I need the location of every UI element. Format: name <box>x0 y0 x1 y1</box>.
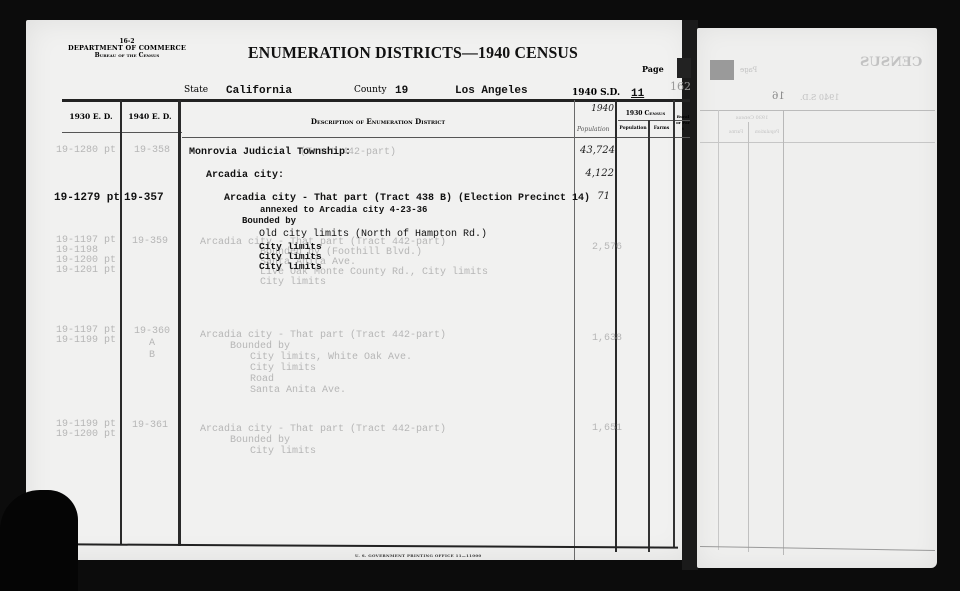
header-1930-population: Population <box>618 126 648 131</box>
right-page-tab <box>710 60 734 80</box>
row-township-population: 43,724 <box>580 145 614 156</box>
row-township-description: Monrovia Judicial Township: <box>189 147 351 158</box>
bleed-pop-1: 2,576 <box>592 242 622 253</box>
header-1940-pop-label: Population <box>577 126 615 133</box>
bleed-ed-top: 19-1280 pt <box>56 145 116 156</box>
right-page-sd-value: 16 <box>772 91 785 102</box>
bleed-desc-group-3: Arcadia city - That part (Tract 442-part… <box>200 424 446 457</box>
row-city-description: Arcadia city: <box>206 170 284 181</box>
row-ed-1930: 19-1279 pt <box>54 192 120 204</box>
right-page-census-1930: 1930 Census <box>722 115 782 121</box>
bureau-name: Bureau of the Census <box>62 52 192 59</box>
col-divider-5 <box>648 120 650 552</box>
form-title: ENUMERATION DISTRICTS—1940 CENSUS <box>248 43 578 63</box>
col-divider-6 <box>673 100 675 548</box>
bleed-desc-group-2: Arcadia city - That part (Tract 442-part… <box>200 330 446 396</box>
bleed-ed-top-1940: 19-358 <box>134 145 170 156</box>
bleed-1940-ed-1: 19-359 <box>132 236 168 247</box>
bounded-by-label: Bounded by <box>242 216 296 226</box>
header-1930-farms: Farms <box>650 126 673 131</box>
county-label: County <box>354 85 387 95</box>
right-page-title: CENSUS <box>860 55 922 70</box>
county-number: 19 <box>395 85 408 97</box>
state-value: California <box>226 85 292 97</box>
header-rule-right <box>182 137 690 138</box>
right-page-farms: Farms <box>722 130 750 135</box>
bleed-1940-ed-2: 19-360AB <box>132 326 172 362</box>
col-divider-3 <box>574 100 575 560</box>
county-name: Los Angeles <box>455 85 528 97</box>
header-rule-left <box>62 132 182 133</box>
bleed-ed-group-1: 19-1197 pt19-119819-1200 pt19-1201 pt <box>56 236 116 276</box>
header-description: Description of Enumeration District <box>182 117 574 126</box>
annexed-note: annexed to Arcadia city 4-23-36 <box>260 205 427 215</box>
department-name: DEPARTMENT OF COMMERCE <box>62 45 192 52</box>
right-col-line-2 <box>748 122 749 552</box>
col-divider-1 <box>120 100 122 545</box>
row-ed-description: Arcadia city - That part (Tract 438 B) (… <box>224 193 590 204</box>
bound-1: Old city limits (North of Hampton Rd.) <box>259 229 487 240</box>
bleed-desc-group-1: Arcadia city - That part (Tract 442-part… <box>200 238 488 288</box>
header-1940-pop-year: 1940 <box>578 104 614 114</box>
book-gutter <box>682 20 698 570</box>
row-city-population: 4,122 <box>580 168 614 179</box>
right-page-population: Population <box>752 130 782 135</box>
bleed-ed-group-3: 19-1199 pt19-1200 pt <box>56 420 116 440</box>
bound-4: City limits <box>259 261 322 272</box>
bleed-pop-2: 1,638 <box>592 333 622 344</box>
header-1940-ed: 1940 E. D. <box>122 112 178 121</box>
col-divider-2 <box>178 100 181 546</box>
thumb-shadow <box>0 490 78 591</box>
bleed-pop-3: 1,651 <box>592 423 622 434</box>
state-label: State <box>184 85 208 95</box>
form-header-dept: 16-2 DEPARTMENT OF COMMERCE Bureau of th… <box>62 38 192 59</box>
bleed-ed-group-2: 19-1197 pt19-1199 pt <box>56 326 116 346</box>
page-label: Page <box>642 64 664 74</box>
right-page-top-rule <box>700 110 935 111</box>
printing-imprint: U. S. GOVERNMENT PRINTING OFFICE 11—1100… <box>355 553 482 558</box>
header-1930-census: 1930 Census <box>618 110 673 117</box>
right-col-line-1 <box>718 110 719 550</box>
right-ledger-page <box>697 28 937 568</box>
page-value: 162 <box>670 80 691 93</box>
right-col-line-3 <box>783 110 784 555</box>
header-1930-ed: 1930 E. D. <box>62 112 120 121</box>
header-last-col: Rural or Part <box>676 114 690 132</box>
table-top-rule <box>62 99 690 102</box>
right-page-header-rule <box>700 142 935 143</box>
sd-label: 1940 S.D. <box>572 88 620 98</box>
col-divider-4 <box>615 100 617 552</box>
bleed-1940-ed-3: 19-361 <box>132 420 168 431</box>
row-ed-population: 71 <box>580 191 610 202</box>
row-ed-1940: 19-357 <box>124 192 164 204</box>
right-page-sd-label: 1940 S.D. <box>800 93 839 102</box>
right-page-page-label: Page <box>740 66 757 74</box>
page-tab <box>677 58 691 78</box>
